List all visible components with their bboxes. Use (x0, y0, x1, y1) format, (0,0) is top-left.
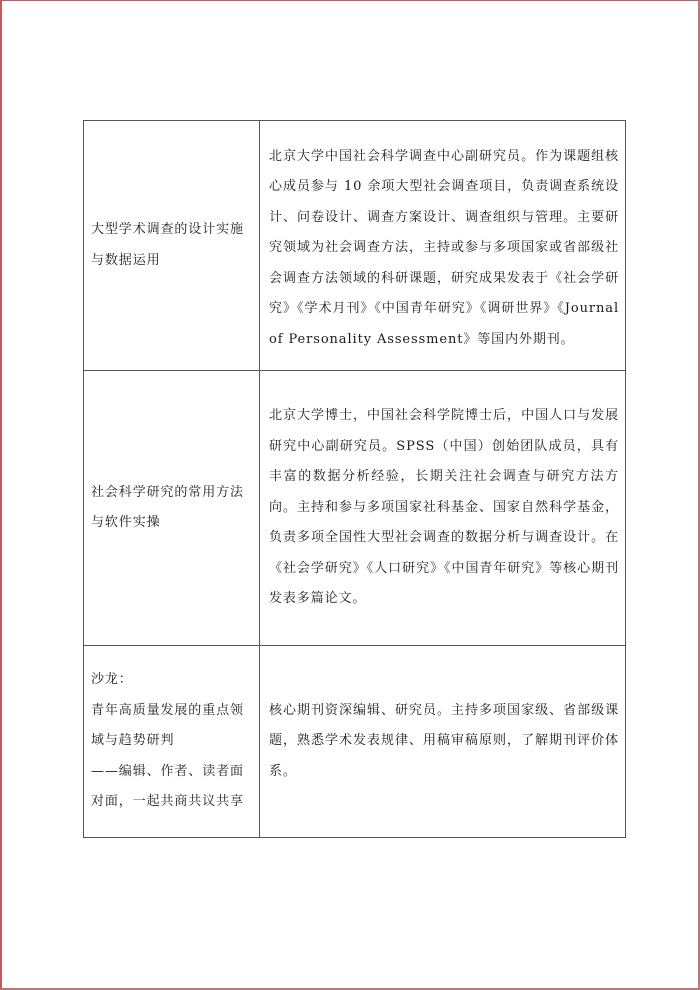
description-cell: 北京大学中国社会科学调查中心副研究员。作为课题组核心成员参与 10 余项大型社会… (260, 121, 626, 371)
table-row: 大型学术调查的设计实施 与数据运用 北京大学中国社会科学调查中心副研究员。作为课… (84, 121, 626, 371)
description-cell: 北京大学博士，中国社会科学院博士后，中国人口与发展研究中心副研究员。SPSS（中… (260, 371, 626, 646)
topic-line: 与软件实操 (91, 508, 253, 539)
topic-cell: 大型学术调查的设计实施 与数据运用 (84, 121, 260, 371)
topic-line: 沙龙： (91, 665, 253, 696)
topic-cell: 沙龙： 青年高质量发展的重点领 域与趋势研判 ——编辑、作者、读者面 对面，一起… (84, 646, 260, 838)
topic-line: 与数据运用 (91, 246, 253, 277)
topic-line: 对面，一起共商共议共享 (91, 787, 253, 818)
topic-line: ——编辑、作者、读者面 (91, 757, 253, 788)
topic-line: 社会科学研究的常用方法 (91, 478, 253, 509)
expert-table: 大型学术调查的设计实施 与数据运用 北京大学中国社会科学调查中心副研究员。作为课… (83, 120, 626, 838)
table-row: 社会科学研究的常用方法 与软件实操 北京大学博士，中国社会科学院博士后，中国人口… (84, 371, 626, 646)
description-text: 北京大学博士，中国社会科学院博士后，中国人口与发展研究中心副研究员。SPSS（中… (269, 401, 619, 615)
description-cell: 核心期刊资深编辑、研究员。主持多项国家级、省部级课题，熟悉学术发表规律、用稿审稿… (260, 646, 626, 838)
description-text: 核心期刊资深编辑、研究员。主持多项国家级、省部级课题，熟悉学术发表规律、用稿审稿… (269, 696, 619, 788)
topic-line: 青年高质量发展的重点领 (91, 696, 253, 727)
description-text: 北京大学中国社会科学调查中心副研究员。作为课题组核心成员参与 10 余项大型社会… (269, 136, 619, 356)
topic-cell: 社会科学研究的常用方法 与软件实操 (84, 371, 260, 646)
topic-line: 域与趋势研判 (91, 726, 253, 757)
topic-line: 大型学术调查的设计实施 (91, 215, 253, 246)
table-row: 沙龙： 青年高质量发展的重点领 域与趋势研判 ——编辑、作者、读者面 对面，一起… (84, 646, 626, 838)
